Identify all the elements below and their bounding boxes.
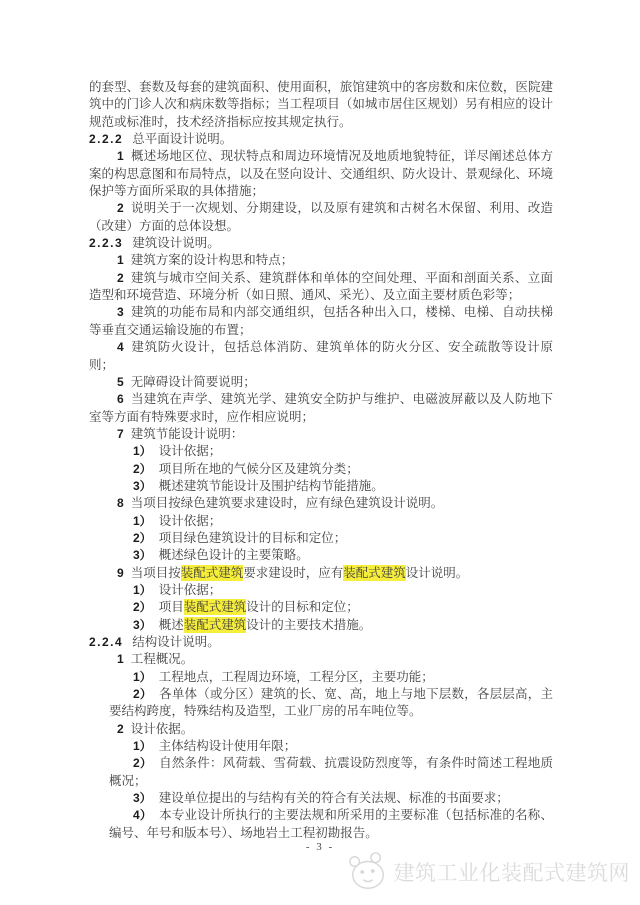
- text-run: 设计依据；: [159, 583, 222, 597]
- text-run: 当建筑在声学、建筑光学、建筑安全防护与维护、电磁波屏蔽以及人防地下室等方面有特殊…: [89, 392, 553, 423]
- item-number: 2）: [133, 756, 152, 770]
- item-number: 2: [117, 722, 124, 736]
- list-item: 9当项目按装配式建筑要求建设时，应有装配式建筑设计说明。: [89, 565, 553, 582]
- text-run: 设计说明。: [406, 566, 469, 580]
- list-item: 2设计依据。: [89, 721, 553, 738]
- item-number: 2）: [133, 600, 152, 614]
- text-run: 无障碍设计简要说明；: [131, 375, 256, 389]
- item-number: 1）: [133, 739, 152, 753]
- panda-logo-icon: [346, 851, 390, 893]
- sub-item: 4）本专业设计所执行的主要法规和所采用的主要标准（包括标准的名称、编号、年号和版…: [89, 807, 553, 842]
- document-page: 的套型、套数及每套的建筑面积、使用面积，旅馆建筑中的客房数和床位数，医院建筑中的…: [0, 0, 640, 905]
- sub-item: 1）设计依据；: [89, 443, 553, 460]
- text-run: 建筑的功能布局和内部交通组织，包括各种出入口，楼梯、电梯、自动扶梯等垂直交通运输…: [89, 305, 553, 336]
- list-item: 2说明关于一次规划、分期建设，以及原有建筑和古树名木保留、利用、改造（改建）方面…: [89, 200, 553, 235]
- sub-item: 2）自然条件：风荷载、雪荷载、抗震设防烈度等，有条件时简述工程地质概况；: [89, 755, 553, 790]
- item-number: 3）: [133, 791, 152, 805]
- item-number: 2）: [133, 531, 152, 545]
- sub-item: 2）项目所在地的气候分区及建筑分类；: [89, 461, 553, 478]
- highlighted-text: 装配式建筑: [181, 565, 244, 581]
- text-run: 各单体（或分区）建筑的长、宽、高，地上与地下层数，各层层高，主要结构跨度，特殊结…: [109, 687, 553, 718]
- text-run: 项目所在地的气候分区及建筑分类；: [159, 462, 359, 476]
- text-run: 概述建筑节能设计及围护结构节能措施。: [159, 479, 384, 493]
- section-heading: 2.2.2总平面设计说明。: [89, 131, 553, 148]
- sub-item: 2）项目绿色建筑设计的目标和定位；: [89, 530, 553, 547]
- item-number: 3: [117, 305, 124, 319]
- sub-item: 1）工程地点，工程周边环境，工程分区，主要功能；: [89, 669, 553, 686]
- list-item: 5无障碍设计简要说明；: [89, 374, 553, 391]
- list-item: 8当项目按绿色建筑要求建设时，应有绿色建筑设计说明。: [89, 495, 553, 512]
- text-run: 自然条件：风荷载、雪荷载、抗震设防烈度等，有条件时简述工程地质概况；: [109, 756, 553, 787]
- text-run: 说明关于一次规划、分期建设，以及原有建筑和古树名木保留、利用、改造（改建）方面的…: [89, 201, 553, 232]
- list-item: 1概述场地区位、现状特点和周边环境情况及地质地貌特征，详尽阐述总体方案的构思意图…: [89, 148, 553, 200]
- sub-item: 3）概述建筑节能设计及围护结构节能措施。: [89, 478, 553, 495]
- item-number: 1: [117, 149, 124, 163]
- text-run: 结构设计说明。: [132, 635, 220, 649]
- list-item: 2建筑与城市空间关系、建筑群体和单体的空间处理、平面和剖面关系、立面造型和环境营…: [89, 270, 553, 305]
- text-run: 建筑设计说明。: [132, 236, 220, 250]
- text-run: 工程概况。: [131, 652, 194, 666]
- item-number: 9: [117, 566, 124, 580]
- document-body: 的套型、套数及每套的建筑面积、使用面积，旅馆建筑中的客房数和床位数，医院建筑中的…: [89, 79, 553, 842]
- text-run: 概述绿色设计的主要策略。: [159, 548, 309, 562]
- watermark-site-name: 建筑工业化装配式建筑网: [394, 857, 631, 887]
- text-run: 工程地点，工程周边环境，工程分区，主要功能；: [159, 670, 434, 684]
- watermark: 建筑工业化装配式建筑网: [346, 851, 631, 893]
- text-run: 主体结构设计使用年限；: [159, 739, 297, 753]
- list-item: 7建筑节能设计说明：: [89, 426, 553, 443]
- item-number: 2）: [133, 687, 152, 701]
- highlighted-text: 装配式建筑: [343, 565, 406, 581]
- item-number: 3）: [133, 479, 152, 493]
- item-number: 1）: [133, 444, 152, 458]
- item-number: 3）: [133, 548, 152, 562]
- section-heading: 2.2.4结构设计说明。: [89, 634, 553, 651]
- text-run: 项目: [159, 600, 184, 614]
- item-number: 1）: [133, 583, 152, 597]
- item-number: 2.2.2: [89, 132, 123, 146]
- item-number: 1）: [133, 670, 152, 684]
- list-item: 6当建筑在声学、建筑光学、建筑安全防护与维护、电磁波屏蔽以及人防地下室等方面有特…: [89, 391, 553, 426]
- list-item: 1工程概况。: [89, 651, 553, 668]
- text-run: 要求建设时，应有: [243, 566, 343, 580]
- item-number: 4）: [133, 808, 152, 822]
- text-run: 的套型、套数及每套的建筑面积、使用面积，旅馆建筑中的客房数和床位数，医院建筑中的…: [89, 80, 553, 129]
- text-run: 本专业设计所执行的主要法规和所采用的主要标准（包括标准的名称、编号、年号和版本号…: [109, 808, 553, 839]
- item-number: 2.2.3: [89, 236, 123, 250]
- list-item: 3建筑的功能布局和内部交通组织，包括各种出入口，楼梯、电梯、自动扶梯等垂直交通运…: [89, 304, 553, 339]
- item-number: 6: [117, 392, 124, 406]
- text-run: 设计依据；: [159, 444, 222, 458]
- text-run: 建设单位提出的与结构有关的符合有关法规、标准的书面要求；: [159, 791, 509, 805]
- item-number: 7: [117, 427, 124, 441]
- section-heading: 2.2.3建筑设计说明。: [89, 235, 553, 252]
- sub-item: 3）概述装配式建筑设计的主要技术措施。: [89, 617, 553, 634]
- item-number: 8: [117, 496, 124, 510]
- sub-item: 2）各单体（或分区）建筑的长、宽、高，地上与地下层数，各层层高，主要结构跨度，特…: [89, 686, 553, 721]
- list-item: 1建筑方案的设计构思和特点；: [89, 252, 553, 269]
- text-run: 概述: [159, 618, 184, 632]
- text-run: 建筑方案的设计构思和特点；: [131, 253, 294, 267]
- text-run: 设计依据。: [131, 722, 194, 736]
- text-run: 建筑节能设计说明：: [131, 427, 244, 441]
- list-item: 4建筑防火设计，包括总体消防、建筑单体的防火分区、安全疏散等设计原则；: [89, 339, 553, 374]
- item-number: 1: [117, 253, 124, 267]
- sub-item: 1）主体结构设计使用年限；: [89, 738, 553, 755]
- item-number: 1: [117, 652, 124, 666]
- highlighted-text: 装配式建筑: [184, 599, 247, 615]
- sub-item: 1）设计依据；: [89, 513, 553, 530]
- item-number: 2.2.4: [89, 635, 123, 649]
- sub-item: 3）建设单位提出的与结构有关的符合有关法规、标准的书面要求；: [89, 790, 553, 807]
- highlighted-text: 装配式建筑: [184, 617, 247, 633]
- text-run: 总平面设计说明。: [132, 132, 232, 146]
- text-run: 建筑与城市空间关系、建筑群体和单体的空间处理、平面和剖面关系、立面造型和环境营造…: [89, 271, 553, 302]
- item-number: 3）: [133, 618, 152, 632]
- text-run: 当项目按绿色建筑要求建设时，应有绿色建筑设计说明。: [131, 496, 444, 510]
- item-number: 2）: [133, 462, 152, 476]
- sub-item: 3）概述绿色设计的主要策略。: [89, 547, 553, 564]
- text-run: 设计依据；: [159, 514, 222, 528]
- text-run: 概述场地区位、现状特点和周边环境情况及地质地貌特征，详尽阐述总体方案的构思意图和…: [89, 149, 553, 198]
- item-number: 2: [117, 271, 124, 285]
- item-number: 4: [117, 340, 124, 354]
- text-run: 建筑防火设计，包括总体消防、建筑单体的防火分区、安全疏散等设计原则；: [89, 340, 553, 371]
- text-run: 当项目按: [131, 566, 181, 580]
- text-run: 设计的目标和定位；: [246, 600, 359, 614]
- sub-item: 2）项目装配式建筑设计的目标和定位；: [89, 599, 553, 616]
- paragraph: 的套型、套数及每套的建筑面积、使用面积，旅馆建筑中的客房数和床位数，医院建筑中的…: [89, 79, 553, 131]
- item-number: 5: [117, 375, 124, 389]
- sub-item: 1）设计依据；: [89, 582, 553, 599]
- text-run: 项目绿色建筑设计的目标和定位；: [159, 531, 347, 545]
- item-number: 2: [117, 201, 124, 215]
- item-number: 1）: [133, 514, 152, 528]
- text-run: 设计的主要技术措施。: [246, 618, 371, 632]
